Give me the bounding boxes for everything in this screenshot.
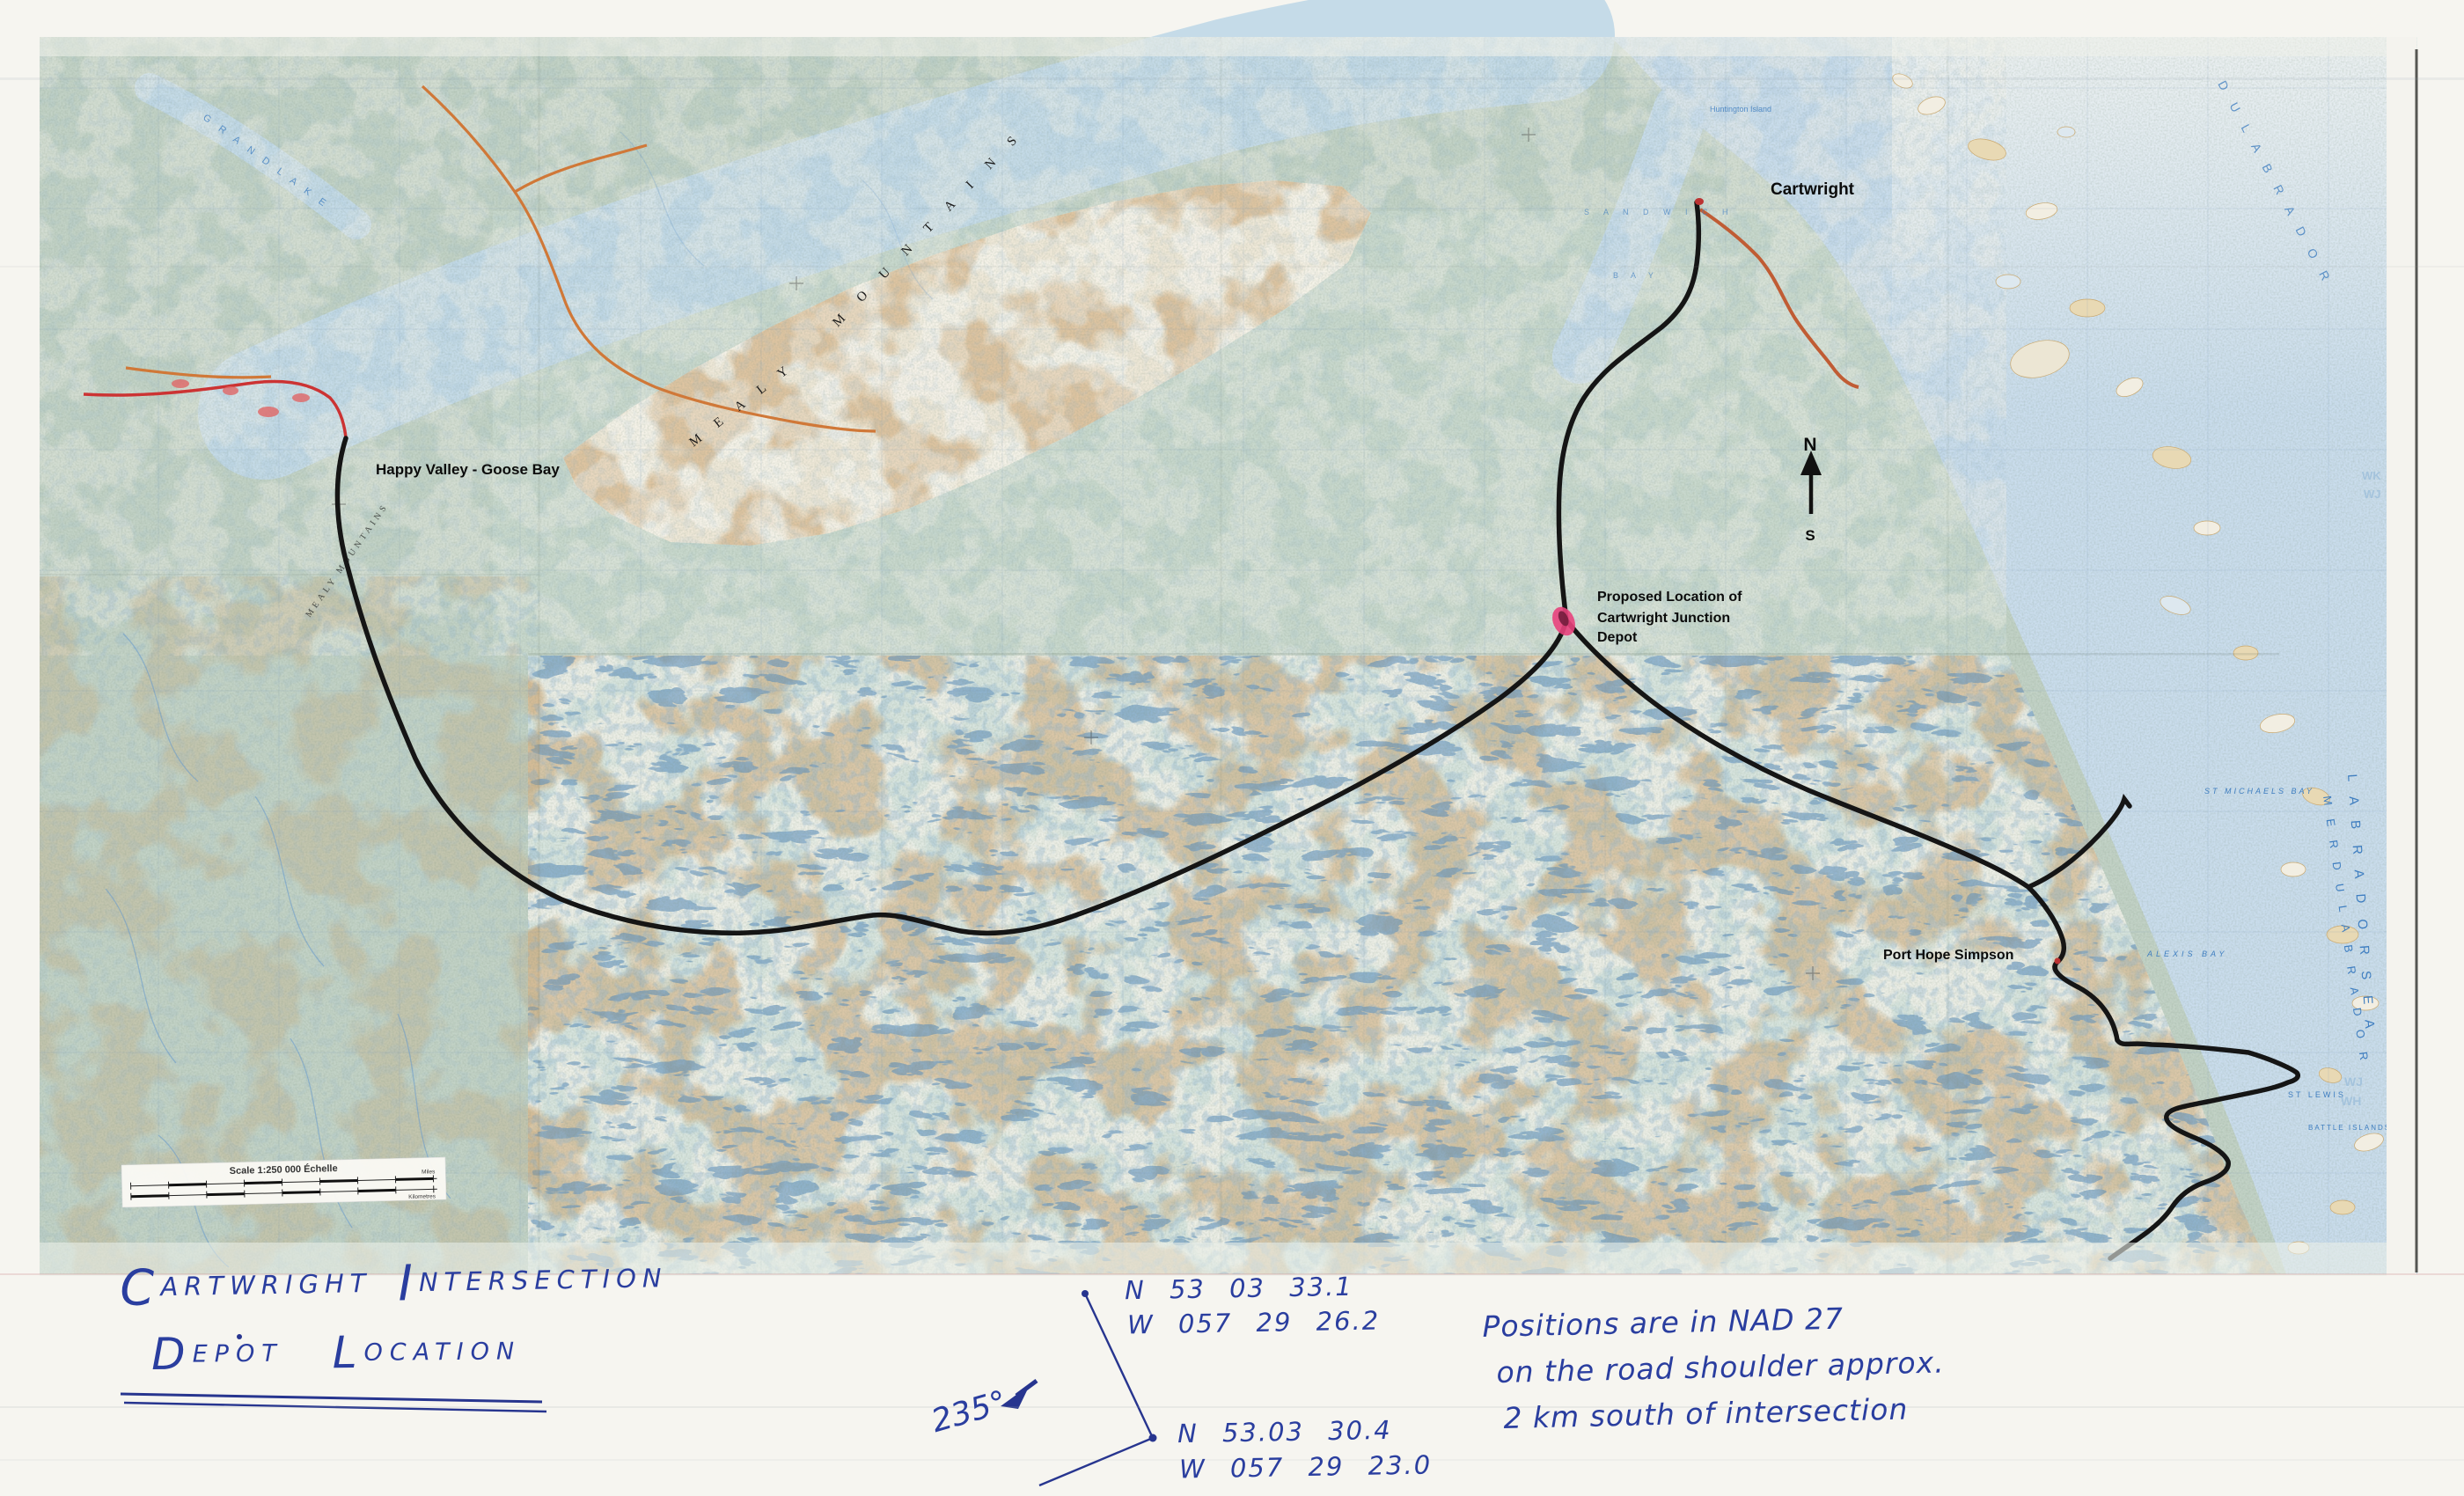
depot-label-line3: Depot: [1597, 630, 1638, 645]
title-initial-i: I: [398, 1255, 420, 1312]
title-underline-1: [121, 1394, 542, 1402]
happy-valley-goose-bay-label: Happy Valley - Goose Bay: [376, 461, 560, 478]
coordinate-north-2: N 53.03 30.4: [1177, 1415, 1392, 1448]
scale-miles-label: Miles: [422, 1169, 436, 1175]
huntington-island-label: Huntington Island: [1710, 105, 1771, 114]
title-initial-d: D: [151, 1329, 193, 1380]
port-hope-simpson-label: Port Hope Simpson: [1883, 948, 2013, 963]
st-lewis-label: ST LEWIS: [2288, 1090, 2346, 1099]
porthopesimpson-townsite: [2055, 958, 2061, 964]
road-segment-line-2: [1039, 1438, 1153, 1485]
coordinate-west-2: W 057 29 23.0: [1179, 1449, 1433, 1484]
compass-n-label: N: [1803, 435, 1816, 455]
coordinate-west-1: W 057 29 26.2: [1127, 1305, 1381, 1339]
title-initial-c: C: [120, 1259, 161, 1317]
handwritten-title-line2: DEPOTLOCATION: [151, 1338, 521, 1368]
map-right-margin: [2387, 37, 2416, 1274]
zone-wj2-label: WJ: [2344, 1074, 2363, 1089]
compass-s-label: S: [1805, 527, 1815, 544]
map-sheet: G R A N D L A K E S A N D W I C H B A Y …: [40, 35, 2417, 1280]
st-michaels-bay-label: ST MICHAELS BAY: [2204, 787, 2314, 796]
scanned-map-page: G R A N D L A K E S A N D W I C H B A Y …: [0, 0, 2464, 1496]
zone-wh-label: WH: [2341, 1094, 2361, 1108]
depot-label-line1: Proposed Location of: [1597, 590, 1742, 605]
coordinate-north-1: N 53 03 33.1: [1125, 1272, 1353, 1306]
depot-apostrophe-dot: [237, 1334, 242, 1339]
zone-wj-label: WJ: [2364, 488, 2381, 501]
depot-label-line2: Cartwright Junction: [1597, 611, 1730, 626]
map-top-fade: [40, 37, 2417, 56]
title-underline-2: [124, 1403, 546, 1412]
sandwich-bay-label: B A Y: [1613, 271, 1659, 280]
scale-kilometres-label: Kilometres: [408, 1193, 436, 1200]
sandwich-label: S A N D W I C H: [1584, 208, 1734, 216]
cartwright-label: Cartwright: [1771, 180, 1855, 199]
cartwright-townsite: [1695, 198, 1704, 205]
zone-wk-label: WK: [2362, 469, 2381, 482]
scale-bar: Scale 1:250 000 Échelle Miles Kilometres: [121, 1157, 446, 1207]
battle-islands-label: BATTLE ISLANDS: [2308, 1124, 2391, 1132]
alexis-bay-label: ALEXIS BAY: [2146, 950, 2227, 958]
title-initial-l: L: [332, 1327, 363, 1378]
